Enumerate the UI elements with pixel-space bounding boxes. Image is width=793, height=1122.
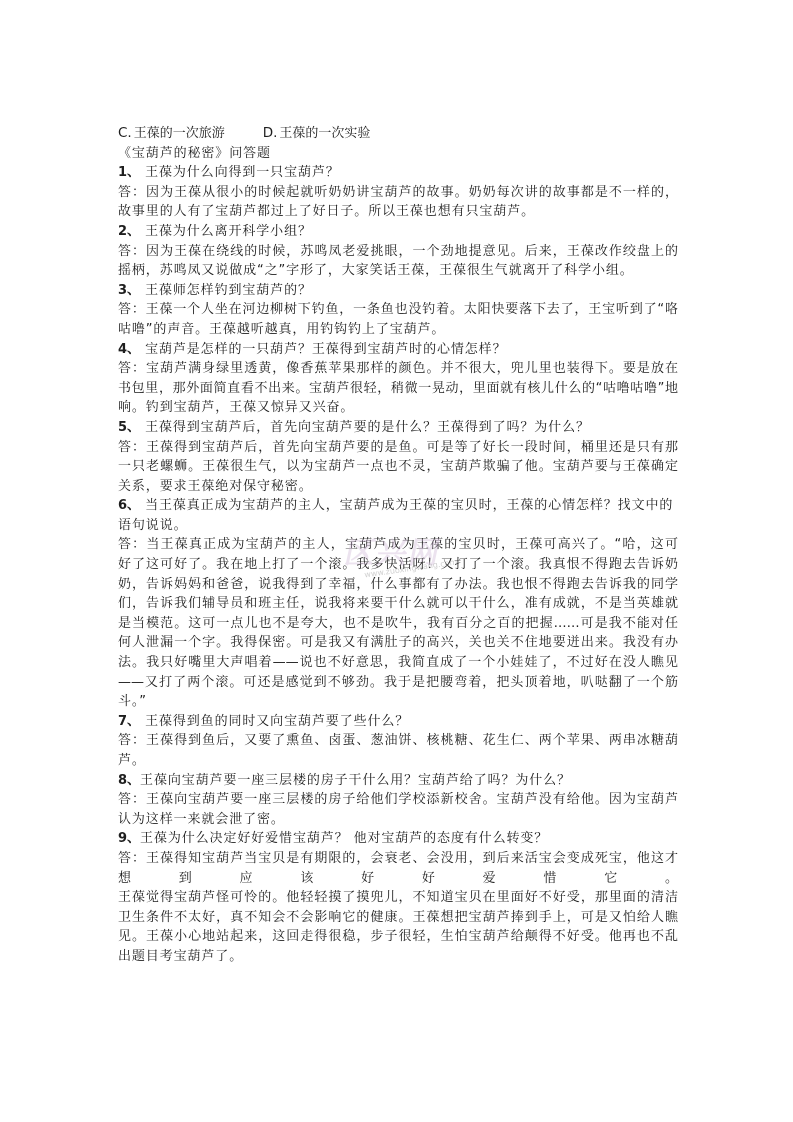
question-text: 当王葆真正成为宝葫芦的主人，宝葫芦成为王葆的宝贝时，王葆的心情怎样？找文中的 xyxy=(140,498,673,513)
question-text: 王葆得到鱼的同时又向宝葫芦要了些什么？ xyxy=(140,714,409,729)
answer-text-line: 书包里，那外面简直看不出来。宝葫芦很轻，稍微一晃动，里面就有核儿什么的“咕噜咕噜… xyxy=(118,379,678,399)
option-d-label: D. xyxy=(263,125,278,141)
answer-text-line: 答：王葆一个人坐在河边柳树下钓鱼，一条鱼也没钓着。太阳快要落下去了，王宝听到了“… xyxy=(118,300,678,320)
document-page: C.王葆的一次旅游D.王葆的一次实验《宝葫芦的秘密》问答题1、 王葆为什么向得到… xyxy=(118,124,678,967)
answer-text-line: 法。我只好嘴里大声唱着——说也不好意思，我简直成了一个小娃娃了，不过好在没人瞧见 xyxy=(118,653,678,673)
question-text-line: 6、 当王葆真正成为宝葫芦的主人，宝葫芦成为王葆的宝贝时，王葆的心情怎样？找文中… xyxy=(118,496,678,516)
answer-text-line: 答：王葆得到宝葫芦后，首先向宝葫芦要的是鱼。可是等了好长一段时间，桶里还是只有那 xyxy=(118,438,678,458)
question-text-line: 4、 宝葫芦是怎样的一只葫芦？王葆得到宝葫芦时的心情怎样？ xyxy=(118,340,678,360)
answer-text-line: 咕噜”的声音。王葆越听越真，用钓钩钓上了宝葫芦。 xyxy=(118,320,678,340)
question-block: 3、 王葆师怎样钓到宝葫芦的？答：王葆一个人坐在河边柳树下钓鱼，一条鱼也没钓着。… xyxy=(118,281,678,340)
question-text: 王葆向宝葫芦要一座三层楼的房子干什么用？宝葫芦给了吗？为什么？ xyxy=(140,773,571,788)
question-text-line: 8、王葆向宝葫芦要一座三层楼的房子干什么用？宝葫芦给了吗？为什么？ xyxy=(118,771,678,791)
question-number: 3、 xyxy=(118,283,140,298)
answer-text-line: 认为这样一来就会泄了密。 xyxy=(118,810,678,830)
question-text: 王葆师怎样钓到宝葫芦的？ xyxy=(140,283,312,298)
answer-text-line: 答：王葆得知宝葫芦当宝贝是有期限的，会衰老、会没用，到后来活宝会变成死宝，他这才 xyxy=(118,849,678,869)
answer-text-line: 芦。 xyxy=(118,751,678,771)
question-block: 4、 宝葫芦是怎样的一只葫芦？王葆得到宝葫芦时的心情怎样？答：宝葫芦满身绿里透黄… xyxy=(118,340,678,418)
question-text-line: 2、 王葆为什么离开科学小组？ xyxy=(118,222,678,242)
question-number: 1、 xyxy=(118,165,140,180)
question-block: 2、 王葆为什么离开科学小组？答：因为王葆在绕线的时候，苏鸣凤老爱挑眼，一个劲地… xyxy=(118,222,678,281)
question-text-line: 3、 王葆师怎样钓到宝葫芦的？ xyxy=(118,281,678,301)
question-text-line: 5、 王葆得到宝葫芦后，首先向宝葫芦要的是什么？王葆得到了吗？为什么？ xyxy=(118,418,678,438)
answer-text-line: 关系，要求王葆绝对保守秘密。 xyxy=(118,477,678,497)
answer-text-line: 故事里的人有了宝葫芦都过上了好日子。所以王葆也想有只宝葫芦。 xyxy=(118,202,678,222)
answer-text-line: 答：王葆得到鱼后，又要了熏鱼、卤蛋、葱油饼、核桃糖、花生仁、两个苹果、两串冰糖葫 xyxy=(118,731,678,751)
option-d-text: 王葆的一次实验 xyxy=(279,126,370,141)
question-number: 9、 xyxy=(118,831,140,846)
question-block: 1、 王葆为什么向得到一只宝葫芦？答：因为王葆从很小的时候起就听奶奶讲宝葫芦的故… xyxy=(118,163,678,222)
question-block: 8、王葆向宝葫芦要一座三层楼的房子干什么用？宝葫芦给了吗？为什么？答：王葆向宝葫… xyxy=(118,771,678,830)
question-text: 宝葫芦是怎样的一只葫芦？王葆得到宝葫芦时的心情怎样？ xyxy=(140,342,506,357)
answer-text-line: 见。王葆小心地站起来，这回走得很稳，步子很轻，生怕宝葫芦给颠得不好受。他再也不乱 xyxy=(118,927,678,947)
answer-text-line: 斗。” xyxy=(118,692,678,712)
answer-text-line: 何人泄漏一个字。我得保密。可是我又有满肚子的高兴，关也关不住地要迸出来。我没有办 xyxy=(118,633,678,653)
question-text-line: 7、 王葆得到鱼的同时又向宝葫芦要了些什么？ xyxy=(118,712,678,732)
question-number: 4、 xyxy=(118,342,140,357)
answer-text-line: 答：当王葆真正成为宝葫芦的主人，宝葫芦成为王葆的宝贝时，王葆可高兴了。“哈，这可 xyxy=(118,535,678,555)
question-number: 7、 xyxy=(118,714,140,729)
question-number: 8、 xyxy=(118,773,140,788)
question-text-line: 1、 王葆为什么向得到一只宝葫芦？ xyxy=(118,163,678,183)
option-c-label: C. xyxy=(118,125,132,141)
answer-text-line: 答：宝葫芦满身绿里透黄，像香蕉苹果那样的颜色。并不很大，兜儿里也装得下。要是放在 xyxy=(118,359,678,379)
answer-text-line: 答：因为王葆在绕线的时候，苏鸣凤老爱挑眼，一个劲地提意见。后来，王葆改作绞盘上的 xyxy=(118,242,678,262)
answer-text-line: ——又打了两个滚。可还是感觉到不够劲。我于是把腰弯着，把头顶着地，叭哒翻了一个筋 xyxy=(118,673,678,693)
question-block: 9、王葆为什么决定好好爱惜宝葫芦？ 他对宝葫芦的态度有什么转变？答：王葆得知宝葫… xyxy=(118,829,678,966)
question-block: 5、 王葆得到宝葫芦后，首先向宝葫芦要的是什么？王葆得到了吗？为什么？答：王葆得… xyxy=(118,418,678,496)
question-block: 7、 王葆得到鱼的同时又向宝葫芦要了些什么？答：王葆得到鱼后，又要了熏鱼、卤蛋、… xyxy=(118,712,678,771)
answer-text-line: 好了这可好了。我在地上打了一个滚。我多快活呀！又打了一个滚。我真恨不得跑去告诉奶 xyxy=(118,555,678,575)
question-text: 语句说说。 xyxy=(118,518,188,533)
question-number: 6、 xyxy=(118,498,140,513)
answer-text-line: 是当模范。这可一点儿也不是夸大，也不是吹牛，我有百分之百的把握……可是我不能对任 xyxy=(118,614,678,634)
answer-options-line: C.王葆的一次旅游D.王葆的一次实验 xyxy=(118,124,678,144)
answer-text-line: 想到应该好好爱惜它。 xyxy=(118,869,678,889)
answer-text-line: 摇柄，苏鸣凤又说做成“之”字形了，大家笑话王葆，王葆很生气就离开了科学小组。 xyxy=(118,261,678,281)
answer-text-line: 们，告诉我们辅导员和班主任，说我将来要干什么就可以干什么，准有成就，不是当英雄就 xyxy=(118,594,678,614)
answer-text-line: 答：王葆向宝葫芦要一座三层楼的房子给他们学校添新校舍。宝葫芦没有给他。因为宝葫芦 xyxy=(118,790,678,810)
answer-text-line: 响。钓到宝葫芦，王葆又惊异又兴奋。 xyxy=(118,398,678,418)
option-c-text: 王葆的一次旅游 xyxy=(134,126,225,141)
answer-text-line: 奶，告诉妈妈和爸爸，说我得到了幸福，什么事都有了办法。我也恨不得跑去告诉我的同学 xyxy=(118,575,678,595)
question-number: 5、 xyxy=(118,420,140,435)
answer-text-line: 王葆觉得宝葫芦怪可怜的。他轻轻摸了摸兜儿，不知道宝贝在里面好不好受，那里面的清洁 xyxy=(118,888,678,908)
question-text: 王葆为什么向得到一只宝葫芦？ xyxy=(140,165,340,180)
question-text: 王葆得到宝葫芦后，首先向宝葫芦要的是什么？王葆得到了吗？为什么？ xyxy=(140,420,590,435)
answer-text-line: 出题目考宝葫芦了。 xyxy=(118,947,678,967)
answer-text-line: 答：因为王葆从很小的时候起就听奶奶讲宝葫芦的故事。奶奶每次讲的故事都是不一样的， xyxy=(118,183,678,203)
section-title: 《宝葫芦的秘密》问答题 xyxy=(118,144,678,164)
question-text-line: 9、王葆为什么决定好好爱惜宝葫芦？ 他对宝葫芦的态度有什么转变？ xyxy=(118,829,678,849)
question-block: 6、 当王葆真正成为宝葫芦的主人，宝葫芦成为王葆的宝贝时，王葆的心情怎样？找文中… xyxy=(118,496,678,712)
question-text-line: 语句说说。 xyxy=(118,516,678,536)
question-number: 2、 xyxy=(118,224,140,239)
question-text: 王葆为什么离开科学小组？ xyxy=(140,224,312,239)
answer-text-line: 卫生条件不太好，真不知会不会影响它的健康。王葆想把宝葫芦捧到手上，可是又怕给人瞧 xyxy=(118,908,678,928)
question-text: 王葆为什么决定好好爱惜宝葫芦？ 他对宝葫芦的态度有什么转变？ xyxy=(140,831,548,846)
answer-text-line: 一只老螺蛳。王葆很生气，以为宝葫芦一点也不灵，宝葫芦欺骗了他。宝葫芦要与王葆确定 xyxy=(118,457,678,477)
